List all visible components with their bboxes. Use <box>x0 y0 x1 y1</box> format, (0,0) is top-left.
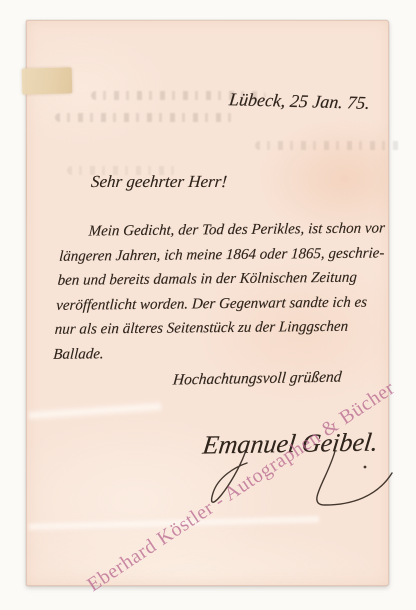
ink-showthrough <box>255 141 403 150</box>
paper-crease <box>29 400 162 421</box>
tape-remnant <box>22 67 73 94</box>
salutation: Sehr geehrter Herr! <box>90 172 228 192</box>
body-line: veröffentlicht worden. Der Gegenwart san… <box>55 290 393 318</box>
body-line: Ballade. <box>53 339 391 367</box>
ink-showthrough <box>55 113 235 122</box>
date-line: Lübeck, 25 Jan. 75. <box>228 89 371 114</box>
body-line: Mein Gedicht, der Tod des Perikles, ist … <box>60 216 398 244</box>
letter-body: Mein Gedicht, der Tod des Perikles, ist … <box>53 216 398 367</box>
body-line: längeren Jahren, ich meine 1864 oder 186… <box>58 241 396 269</box>
closing-line: Hochachtungsvoll grüßend <box>172 369 342 390</box>
body-line: nur als ein älteres Seitenstück zu der L… <box>54 314 392 342</box>
body-line: ben und bereits damals in der Kölnischen… <box>57 265 395 293</box>
scanned-letter: Lübeck, 25 Jan. 75. Sehr geehrter Herr! … <box>0 0 416 610</box>
